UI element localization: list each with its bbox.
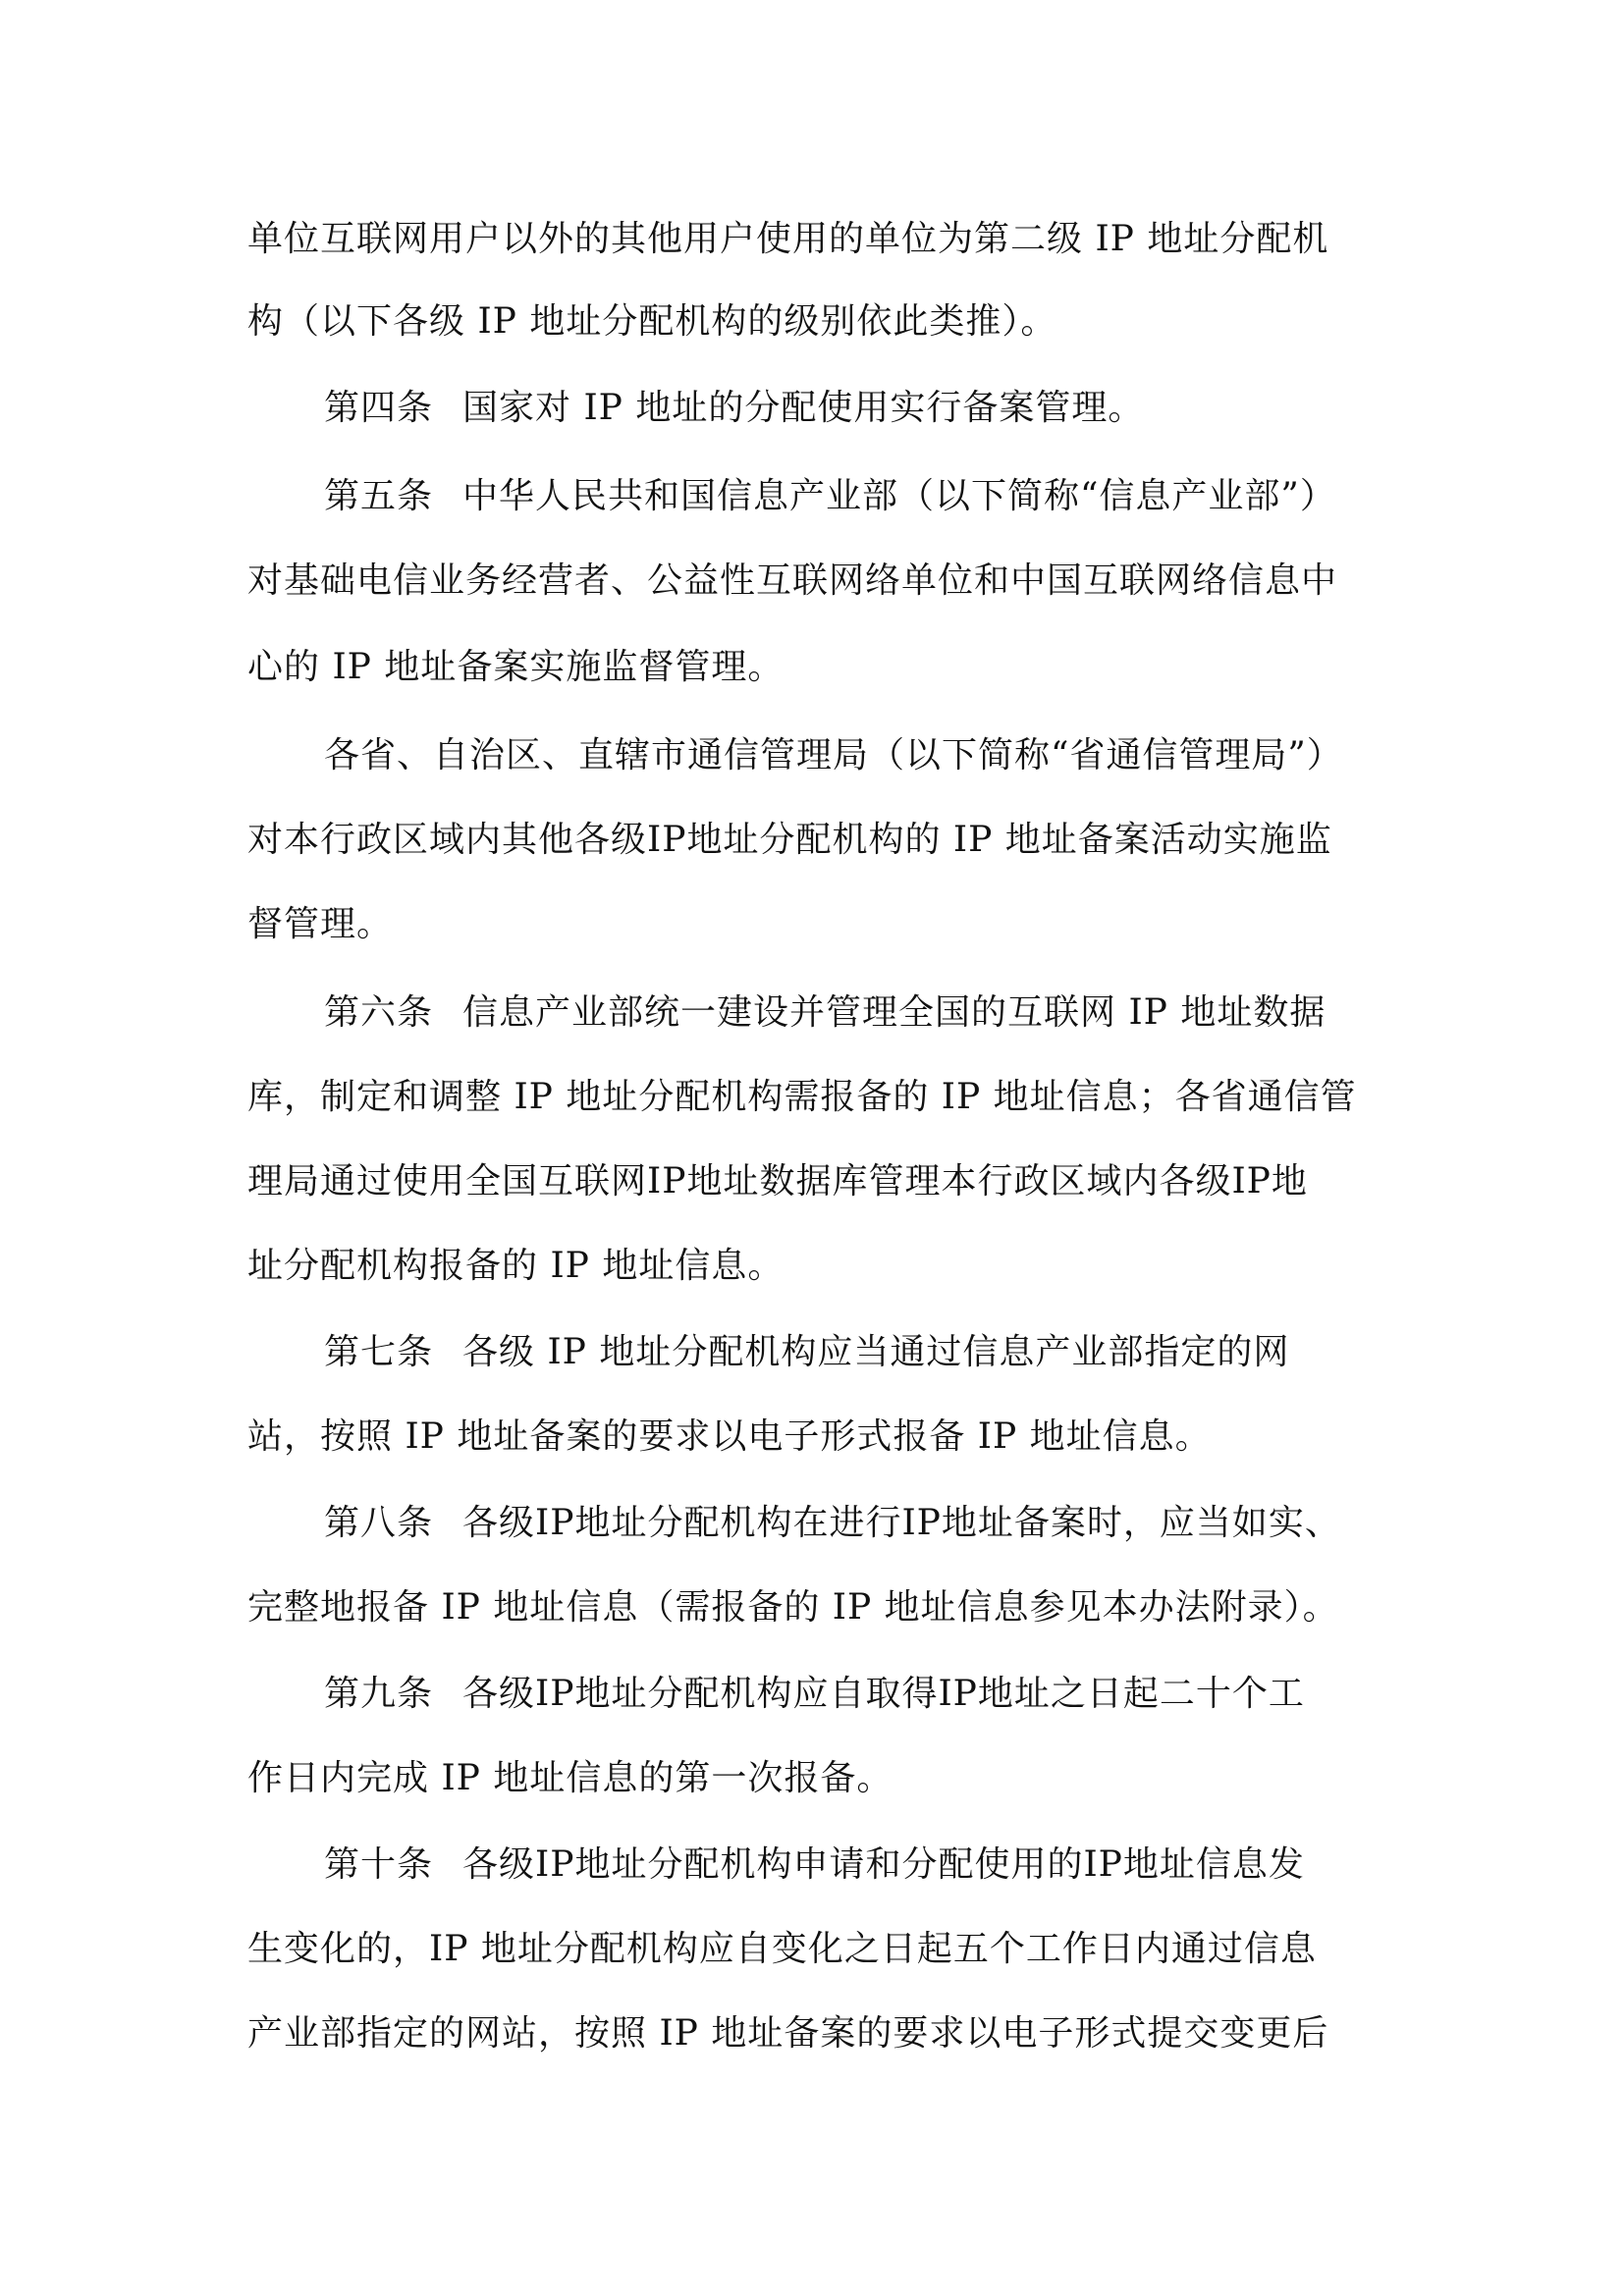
article-text: 国家对 IP 地址的分配使用实行备案管理。 (462, 388, 1144, 428)
article-4: 第四条国家对 IP 地址的分配使用实行备案管理。 (324, 387, 1144, 430)
text-line: 单位互联网用户以外的其他用户使用的单位为第二级 IP 地址分配机 (247, 218, 1328, 261)
article-9: 第九条各级IP地址分配机构应自取得IP地址之日起二十个工 (324, 1673, 1305, 1716)
article-10: 第十条各级IP地址分配机构申请和分配使用的IP地址信息发 (324, 1843, 1305, 1887)
article-text: 各级 IP 地址分配机构应当通过信息产业部指定的网 (462, 1332, 1289, 1372)
paragraph-start: 各省、自治区、直辖市通信管理局（以下简称“省通信管理局”） (324, 734, 1343, 777)
text-line: 对本行政区域内其他各级IP地址分配机构的 IP 地址备案活动实施监 (247, 819, 1332, 862)
article-label: 第五条 (324, 475, 433, 518)
text-line: 库，制定和调整 IP 地址分配机构需报备的 IP 地址信息；各省通信管 (247, 1076, 1357, 1119)
article-text: 中华人民共和国信息产业部（以下简称“信息产业部”） (462, 476, 1336, 516)
article-label: 第九条 (324, 1673, 433, 1716)
article-label: 第四条 (324, 387, 433, 430)
article-5: 第五条中华人民共和国信息产业部（以下简称“信息产业部”） (324, 475, 1336, 518)
text-line: 生变化的，IP 地址分配机构应自变化之日起五个工作日内通过信息 (247, 1928, 1317, 1971)
article-label: 第十条 (324, 1843, 433, 1887)
text-line: 构（以下各级 IP 地址分配机构的级别依此类推）。 (247, 300, 1056, 344)
article-text: 各级IP地址分配机构在进行IP地址备案时，应当如实、 (462, 1503, 1341, 1543)
text-line: 址分配机构报备的 IP 地址信息。 (247, 1245, 784, 1288)
text-line: 心的 IP 地址备案实施监督管理。 (247, 646, 784, 689)
text-line: 产业部指定的网站，按照 IP 地址备案的要求以电子形式提交变更后 (247, 2012, 1328, 2056)
text-line: 作日内完成 IP 地址信息的第一次报备。 (247, 1757, 893, 1800)
text-line: 站，按照 IP 地址备案的要求以电子形式报备 IP 地址信息。 (247, 1415, 1212, 1459)
article-7: 第七条各级 IP 地址分配机构应当通过信息产业部指定的网 (324, 1331, 1289, 1374)
article-label: 第六条 (324, 991, 433, 1035)
article-label: 第七条 (324, 1331, 433, 1374)
text-line: 督管理。 (247, 903, 393, 946)
text-line: 完整地报备 IP 地址信息（需报备的 IP 地址信息参见本办法附录）。 (247, 1586, 1339, 1629)
article-label: 第八条 (324, 1502, 433, 1545)
article-text: 信息产业部统一建设并管理全国的互联网 IP 地址数据 (462, 992, 1326, 1033)
text-line: 理局通过使用全国互联网IP地址数据库管理本行政区域内各级IP地 (247, 1160, 1308, 1203)
article-text: 各级IP地址分配机构应自取得IP地址之日起二十个工 (462, 1674, 1305, 1714)
article-8: 第八条各级IP地址分配机构在进行IP地址备案时，应当如实、 (324, 1502, 1341, 1545)
text-line: 对基础电信业务经营者、公益性互联网络单位和中国互联网络信息中 (247, 560, 1337, 603)
article-text: 各级IP地址分配机构申请和分配使用的IP地址信息发 (462, 1844, 1305, 1885)
article-6: 第六条信息产业部统一建设并管理全国的互联网 IP 地址数据 (324, 991, 1326, 1035)
document-page: 单位互联网用户以外的其他用户使用的单位为第二级 IP 地址分配机 构（以下各级 … (0, 0, 1624, 2296)
